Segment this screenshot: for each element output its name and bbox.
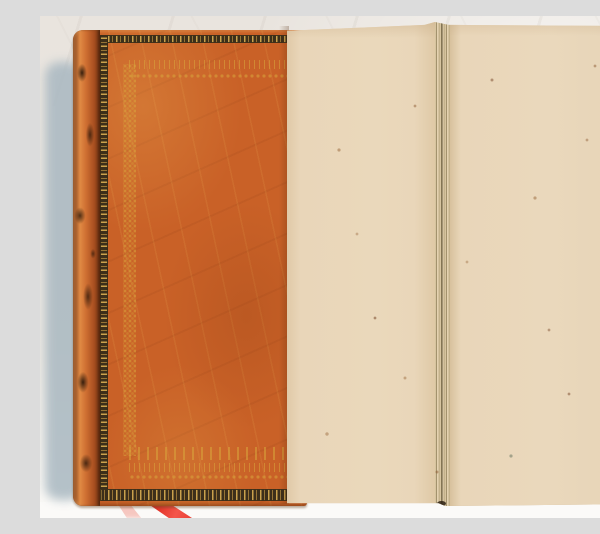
gilt-edge-band-top [100,35,305,43]
gilt-frame-left [123,64,136,456]
leather-cover [73,30,307,506]
gilt-frame-bottom [129,446,299,482]
gilt-edge-band-left [100,35,108,495]
gilt-edge-band-bottom [100,489,305,501]
spine-wear-patches [73,30,100,506]
gilt-frame-top [129,60,299,86]
open-pages [287,22,600,506]
foxing-specks [287,22,600,506]
book-photograph [40,16,600,518]
spine [73,30,100,506]
